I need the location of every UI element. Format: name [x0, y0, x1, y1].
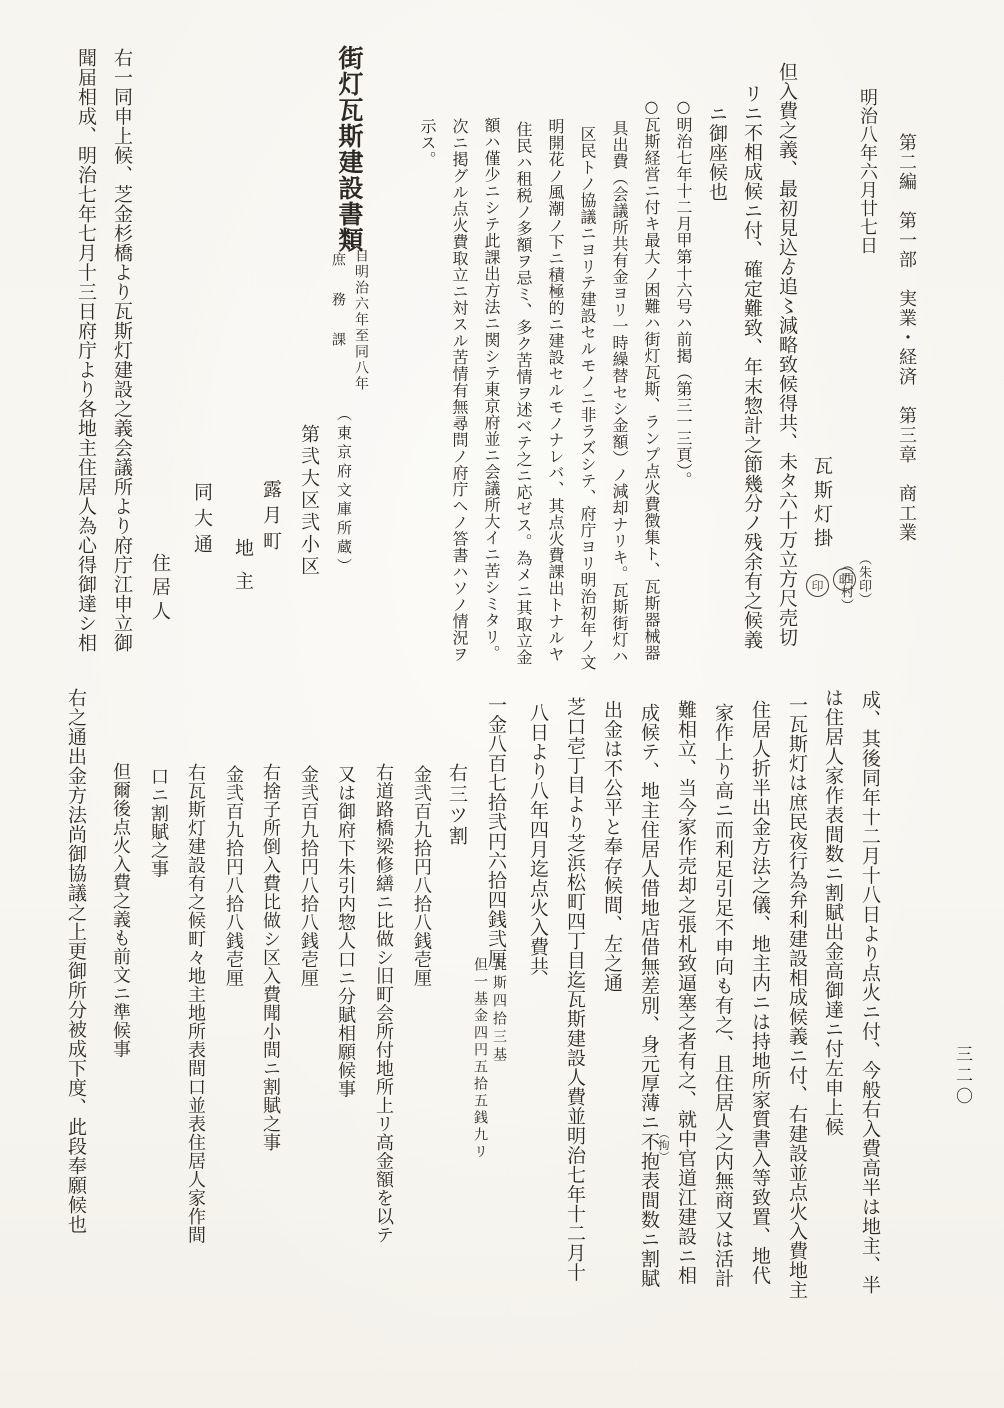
- split-heading: 右三ツ割: [447, 763, 466, 847]
- bottom-register: 成、其後同年十二月十八日より点火ニ付、今般右入費高半は地主、半は住居人家作表間数…: [0, 0, 1004, 1408]
- proviso-line: 但爾後点火入費之義も前文ニ準候事: [111, 762, 129, 1058]
- amount-line-2: 金弐百九拾円八拾八銭壱厘: [299, 765, 317, 987]
- petition-line-4: は住居人家作表間数ニ割賦出金高御達ニ付左申上候: [823, 688, 842, 1137]
- cost-heading-1: 芝口壱丁目より芝浜松町四丁目迄瓦斯建設人費並明治七年十二月十: [565, 697, 584, 1282]
- method-line-1b: 又は御府下朱引内惣人口ニ分賦相願候事: [336, 765, 354, 1098]
- item-line-1e: 成候テ、地主住居人借地店借無差別、身元厚薄ニ不抱表間数ニ割賦: [639, 703, 658, 1288]
- closing-line: 右之通出金方法尚御協議之上更御所分被成下度、此段奉願候也: [66, 688, 85, 1234]
- item-line-1d: 難相立、当今家作売却之張札致逼塞之者有之、就中官道江建設ニ相: [676, 700, 695, 1285]
- cost-heading-2: 八日より八年四月迄点火入費共: [528, 703, 547, 976]
- method-line-1a: 右道路橋梁修繕ニ比做シ旧町会所付地所上リ高金額を以テ: [374, 763, 392, 1244]
- amount-line-3: 金弐百九拾円八拾八銭壱厘: [224, 765, 242, 987]
- method-line-3b: 口ニ割賦之事: [149, 767, 167, 878]
- seal-stamp-icon: 印: [806, 574, 829, 597]
- item-line-1c: 家作上り高ニ而利足引足不申向も有之、且住居人之内無商又は活計: [713, 703, 732, 1288]
- gloss-note-kou: （拘）: [658, 1128, 669, 1163]
- method-line-2: 右捨子所倒入費比做シ区入費聞小間ニ割賦之事: [261, 763, 279, 1152]
- seal-stamp-icon: 印: [833, 568, 856, 591]
- item-line-1f: 出金は不公平と奉存候間、左之通: [602, 700, 621, 993]
- unit-note-1: 瓦斯四拾三基: [492, 957, 506, 1065]
- seal-glyph: 印: [811, 577, 823, 594]
- petition-line-3: 成、其後同年十二月十八日より点火ニ付、今般右入費高半は地主、半: [860, 690, 879, 1295]
- unit-note-2: 但一基金四円五拾五銭九リ: [473, 957, 487, 1161]
- seal-glyph: 印: [838, 571, 850, 588]
- method-line-3a: 右瓦斯灯建設有之候町々地主地所表間口並表住居人家作間: [186, 763, 204, 1244]
- total-amount-line: 一金八百七拾弐円六拾四銭弐厘: [486, 695, 505, 968]
- item-line-1b: 住居人折半出金方法之儀、地主内ニは持地所家質書入等致置、地代: [750, 700, 769, 1285]
- scanned-book-page: 第二編 第一部 実業・経済 第三章 商工業 三二〇 明治八年六月廿七日瓦斯灯掛（…: [0, 0, 1004, 1408]
- item-line-1a: 一瓦斯灯は庶民夜行為弁利建設相成候義ニ付、右建設並点火入費地主: [787, 695, 806, 1300]
- amount-line-1: 金弐百九拾円八拾八銭壱厘: [412, 765, 430, 987]
